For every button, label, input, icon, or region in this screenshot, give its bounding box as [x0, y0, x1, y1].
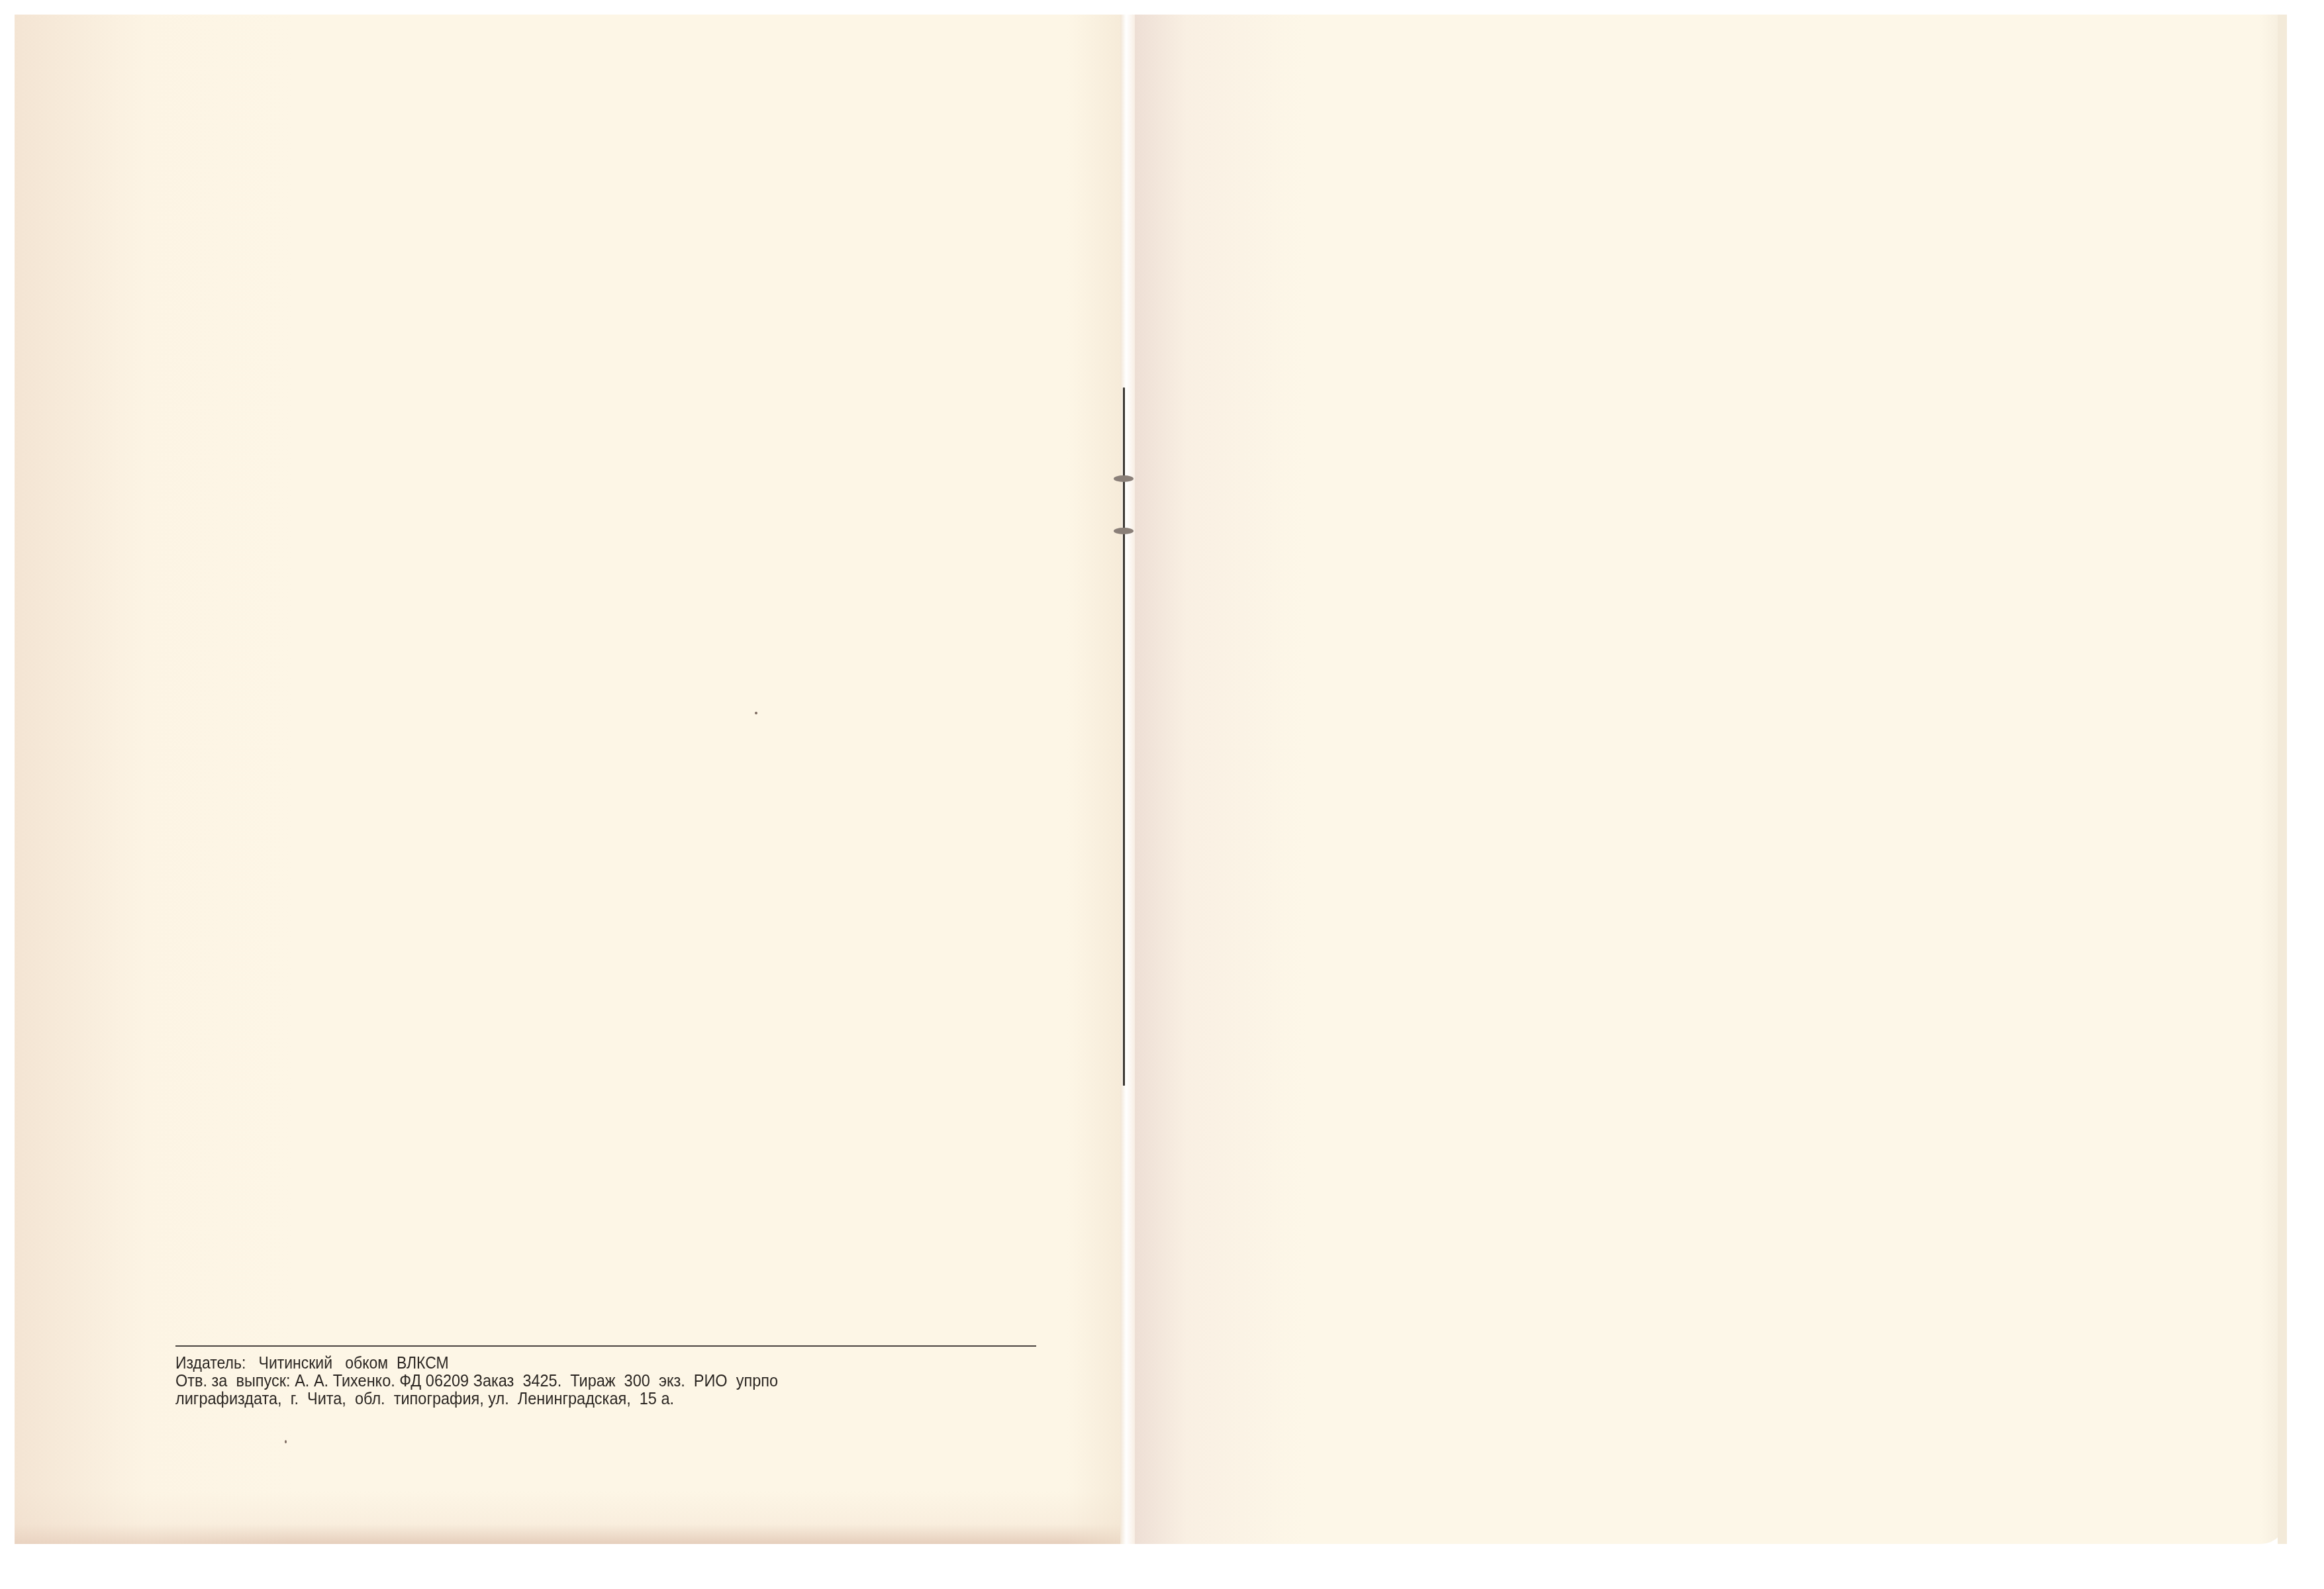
right-page-edge	[2278, 15, 2287, 1544]
paper-speck	[285, 1440, 287, 1443]
imprint-responsible: Отв. за выпуск: А. А. Тихенко. ФД 06209 …	[175, 1372, 778, 1390]
imprint-rule	[175, 1345, 1036, 1347]
staple-bottom	[1114, 528, 1134, 534]
paper-speck	[755, 712, 757, 714]
scan-canvas: Издатель: Читинский обком ВЛКСМ Отв. за …	[0, 0, 2324, 1589]
right-page	[1134, 15, 2287, 1544]
imprint-publisher: Издатель: Читинский обком ВЛКСМ	[175, 1355, 449, 1372]
left-page	[15, 15, 1127, 1544]
binding-thread	[1123, 387, 1125, 1086]
imprint-address: лиграфиздата, г. Чита, обл. типография, …	[175, 1390, 674, 1408]
staple-top	[1114, 475, 1134, 482]
